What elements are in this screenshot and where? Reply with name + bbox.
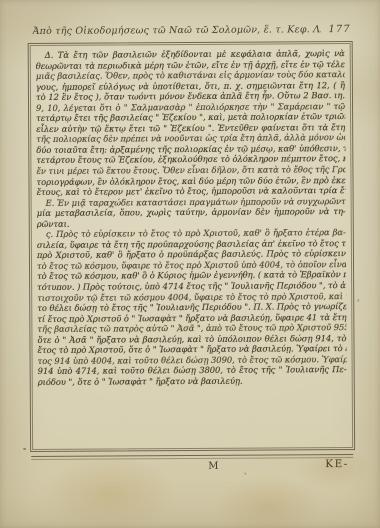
page-text: Δ. Τὰ ἔτη τῶν βασιλειῶν ἐξηδίδονται μὲ κ…: [36, 48, 347, 445]
page-content: Ἀπὸ τῆς Οἰκοδομήσεως τῶ Ναῶ τῶ Σολομῶν, …: [0, 0, 380, 528]
catchword: ΚΕ-: [325, 458, 349, 470]
ink-speck: [357, 299, 359, 302]
scanned-book-page: Ἀπὸ τῆς Οἰκοδομήσεως τῶ Ναῶ τῶ Σολομῶν, …: [0, 0, 380, 528]
signature-mark: M: [208, 461, 219, 472]
text-frame-border: Δ. Τὰ ἔτη τῶν βασιλειῶν ἐξηδίδονται μὲ κ…: [28, 41, 355, 452]
footer-rule: [31, 454, 353, 460]
text-line: ριόδου ", ὅτε ὁ " Ἰωσαφὰτ " ἤρξατο νὰ βα…: [38, 375, 347, 387]
ink-speck: [23, 448, 26, 450]
running-head: Ἀπὸ τῆς Οἰκοδομήσεως τῶ Ναῶ τῶ Σολομῶν, …: [33, 24, 351, 37]
text-frame-inner-border: Δ. Τὰ ἔτη τῶν βασιλειῶν ἐξηδίδονται μὲ κ…: [30, 43, 353, 450]
text-line: μία μεταβασιλεία, ὅπου, χωρὶς ταύτην, ἁρ…: [37, 206, 346, 218]
ink-speck: [244, 473, 246, 475]
page-number: 177: [328, 24, 350, 35]
running-title: Ἀπὸ τῆς Οἰκοδομήσεως τῶ Ναῶ τῶ Σολομῶν, …: [33, 24, 321, 37]
